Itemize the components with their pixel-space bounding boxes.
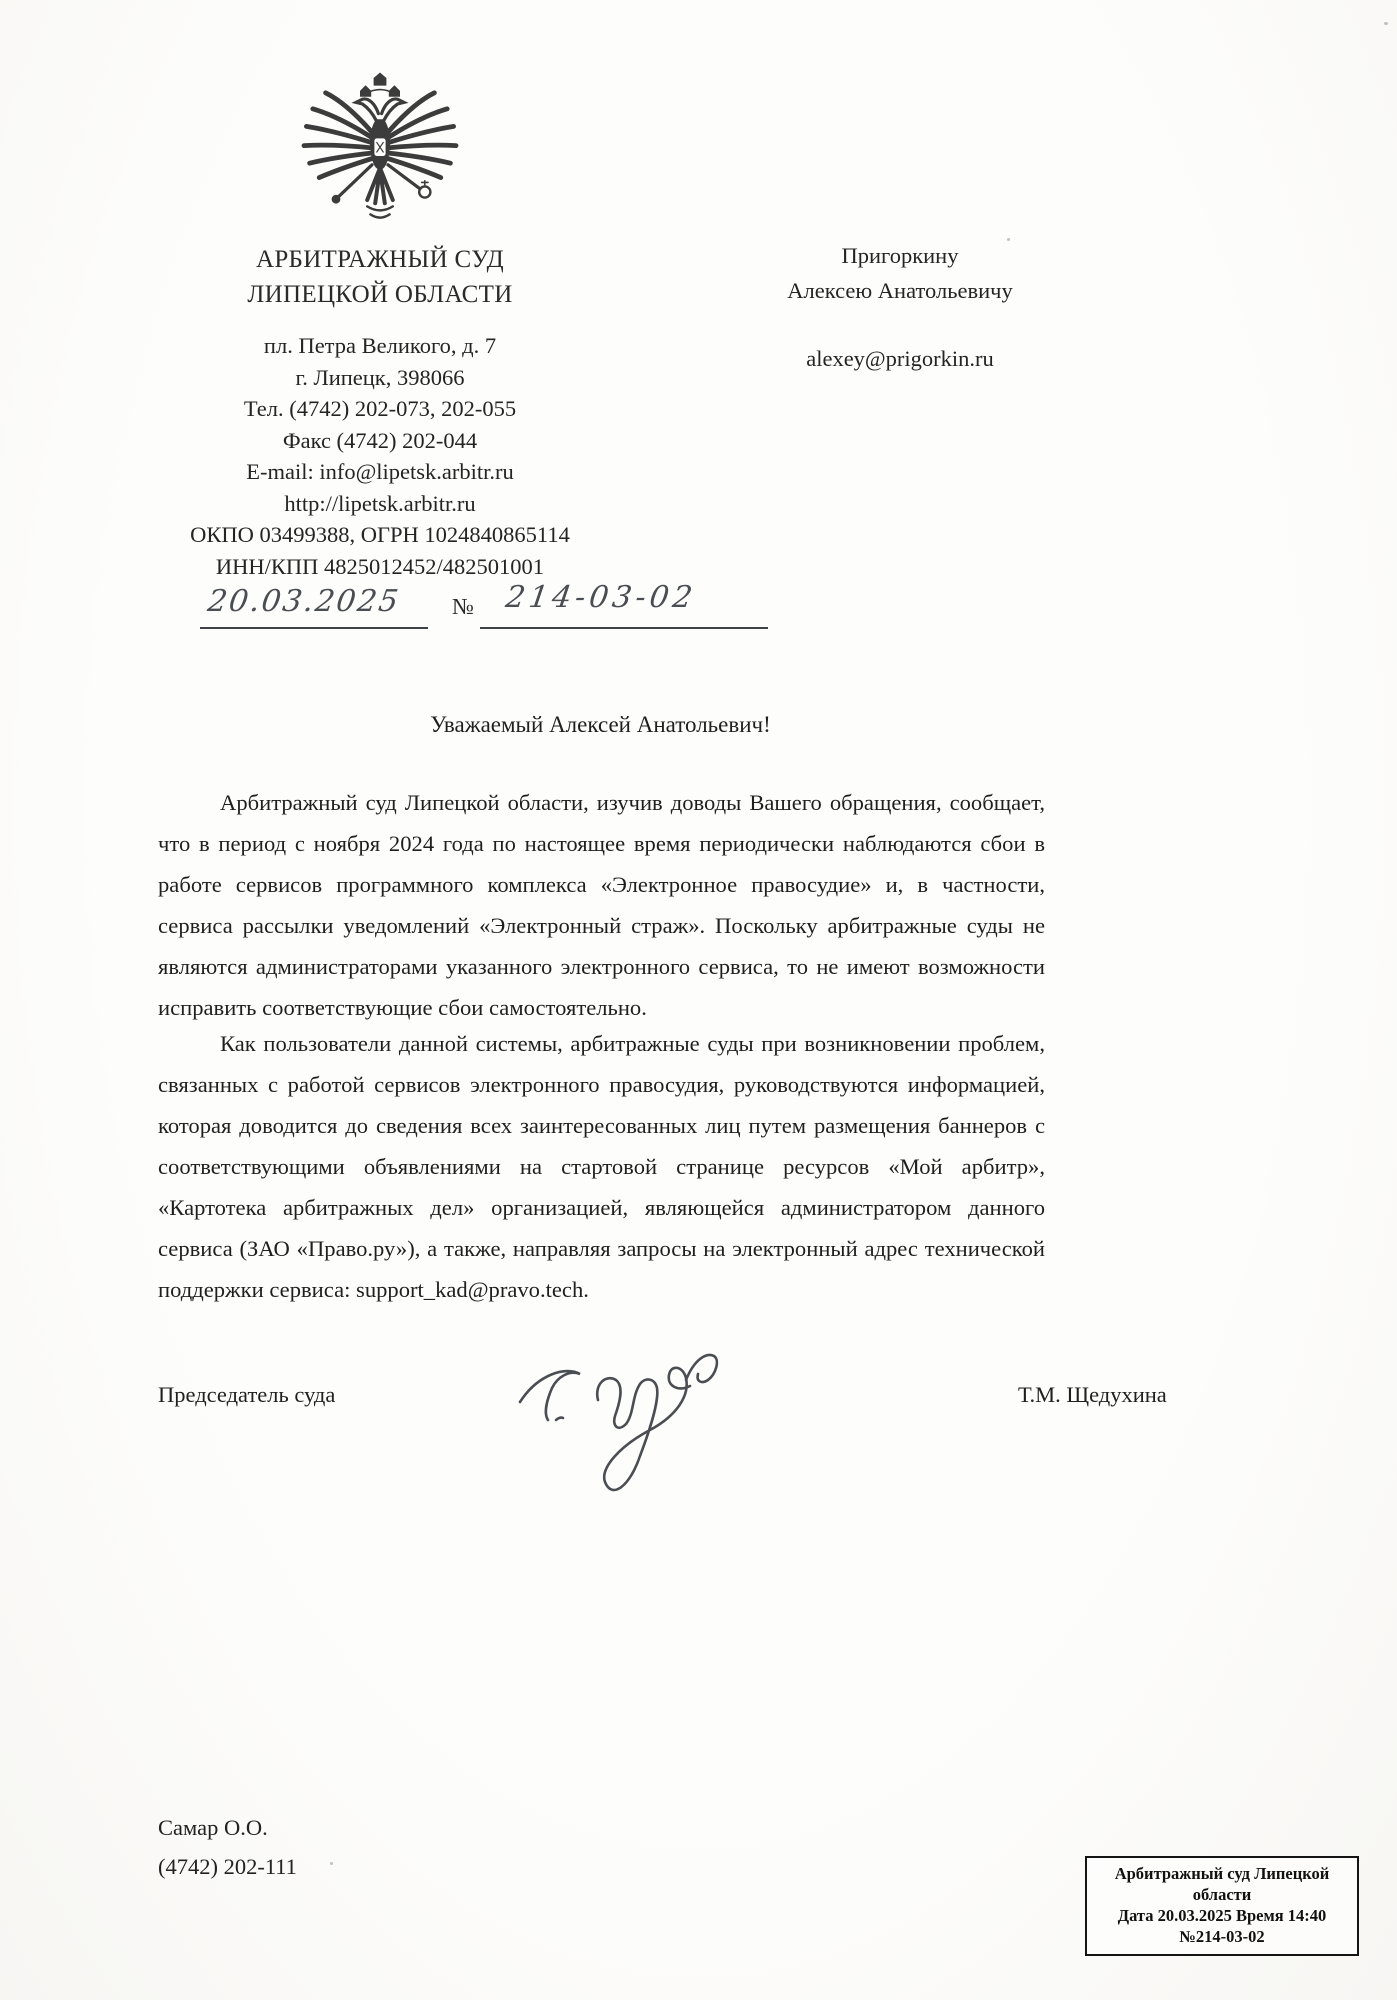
number-sign-label: №	[452, 594, 474, 620]
scan-speck	[330, 1862, 333, 1865]
address-okpo-ogrn: ОКПО 03499388, ОГРН 1024840865114	[120, 519, 640, 551]
address-city: г. Липецк, 398066	[120, 362, 640, 394]
address-website: http://lipetsk.arbitr.ru	[120, 488, 640, 520]
stamp-org: Арбитражный суд Липецкой области	[1093, 1863, 1351, 1905]
outgoing-reference-line: 20.03.2025 № 214-03-02	[170, 578, 820, 638]
executor-phone: (4742) 202-111	[158, 1847, 297, 1886]
registration-stamp: Арбитражный суд Липецкой области Дата 20…	[1085, 1856, 1359, 1956]
letter-page: АРБИТРАЖНЫЙ СУД ЛИПЕЦКОЙ ОБЛАСТИ пл. Пет…	[0, 0, 1397, 2000]
signer-title: Председатель суда	[158, 1382, 335, 1408]
scan-speck	[1384, 22, 1388, 25]
handwritten-date: 20.03.2025	[206, 584, 403, 619]
executor-block: Самар О.О. (4742) 202-111	[158, 1808, 297, 1886]
date-underline	[200, 627, 428, 629]
address-phone: Тел. (4742) 202-073, 202-055	[120, 393, 640, 425]
body-paragraph-2: Как пользователи данной системы, арбитра…	[158, 1023, 1045, 1310]
recipient-block: Пригоркину Алексею Анатольевичу alexey@p…	[690, 238, 1110, 376]
handwritten-number: 214-03-02	[504, 580, 699, 615]
scan-speck	[1007, 238, 1010, 241]
handwritten-signature	[490, 1340, 770, 1520]
body-paragraph-1: Арбитражный суд Липецкой области, изучив…	[158, 782, 1045, 1028]
recipient-name-patronymic: Алексею Анатольевичу	[690, 273, 1110, 308]
org-name-line2: ЛИПЕЦКОЙ ОБЛАСТИ	[140, 277, 620, 312]
org-address-block: пл. Петра Великого, д. 7 г. Липецк, 3980…	[120, 330, 640, 582]
number-underline	[480, 627, 768, 629]
salutation: Уважаемый Алексей Анатольевич!	[158, 712, 1043, 738]
stamp-date-time: Дата 20.03.2025 Время 14:40	[1093, 1905, 1351, 1926]
recipient-surname: Пригоркину	[690, 238, 1110, 273]
org-name-line1: АРБИТРАЖНЫЙ СУД	[140, 242, 620, 277]
recipient-email: alexey@prigorkin.ru	[690, 341, 1110, 376]
address-street: пл. Петра Великого, д. 7	[120, 330, 640, 362]
address-email: E-mail: info@lipetsk.arbitr.ru	[120, 456, 640, 488]
coat-of-arms-eagle-icon	[300, 72, 460, 240]
org-name-block: АРБИТРАЖНЫЙ СУД ЛИПЕЦКОЙ ОБЛАСТИ	[140, 242, 620, 312]
signer-name: Т.М. Щедухина	[1018, 1382, 1167, 1408]
stamp-number: №214-03-02	[1093, 1926, 1351, 1947]
executor-name: Самар О.О.	[158, 1808, 297, 1847]
address-fax: Факс (4742) 202-044	[120, 425, 640, 457]
